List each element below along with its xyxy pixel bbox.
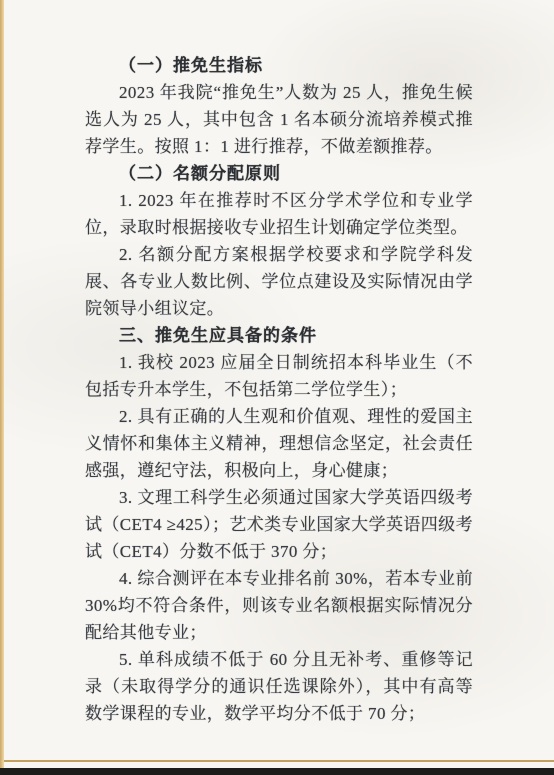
document-heading: 三、推免生应具备的条件 bbox=[85, 322, 473, 349]
document-paragraph: 2. 名额分配方案根据学校要求和学院学科发展、各专业人数比例、学位点建设及实际情… bbox=[85, 241, 473, 322]
document-paragraph: 1. 2023 年在推荐时不区分学术学位和专业学位，录取时根据接收专业招生计划确… bbox=[85, 187, 473, 241]
document-paragraph: 2. 具有正确的人生观和价值观、理性的爱国主义情怀和集体主义精神，理想信念坚定，… bbox=[85, 403, 473, 484]
document-paragraph: 2023 年我院“推免生”人数为 25 人，推免生候选人为 25 人，其中包含 … bbox=[85, 79, 473, 160]
document-content: （一）推免生指标2023 年我院“推免生”人数为 25 人，推免生候选人为 25… bbox=[85, 52, 473, 727]
document-paragraph: 1. 我校 2023 应届全日制统招本科毕业生（不包括专升本学生，不包括第二学位… bbox=[85, 349, 473, 403]
document-paragraph: 3. 文理工科学生必须通过国家大学英语四级考试（CET4 ≥425）；艺术类专业… bbox=[85, 484, 473, 565]
document-heading: （一）推免生指标 bbox=[85, 52, 473, 79]
scan-background-band bbox=[0, 768, 554, 775]
document-paragraph: 4. 综合测评在本专业排名前 30%，若本专业前 30%均不符合条件，则该专业名… bbox=[85, 565, 473, 646]
page-bottom-edge bbox=[4, 760, 554, 762]
page-left-edge bbox=[0, 0, 4, 768]
document-paragraph: 5. 单科成绩不低于 60 分且无补考、重修等记录（未取得学分的通识任选课除外）… bbox=[85, 646, 473, 727]
document-page: （一）推免生指标2023 年我院“推免生”人数为 25 人，推免生候选人为 25… bbox=[0, 0, 554, 768]
document-heading: （二）名额分配原则 bbox=[85, 160, 473, 187]
screenshot-viewport: （一）推免生指标2023 年我院“推免生”人数为 25 人，推免生候选人为 25… bbox=[0, 0, 554, 775]
